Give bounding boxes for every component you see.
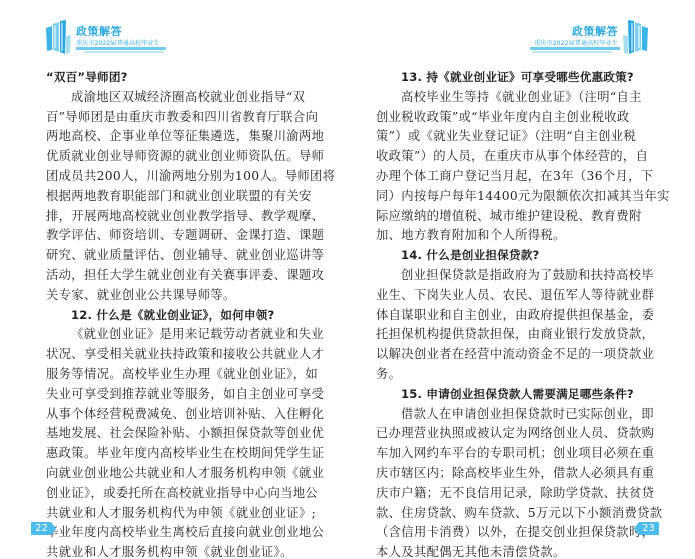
body-text-line: 服务等情况。高校毕业生办理《就业创业证》，如 — [46, 365, 306, 385]
logo-subtitle: 重庆市2022届普通高校毕业生 — [534, 38, 618, 47]
paragraph-start-line: 成渝地区双城经济圈高校就业创业指导“双 — [46, 88, 306, 108]
body-text-line: 创业证》，或委托所在高校就业指导中心向当地公 — [46, 484, 306, 504]
body-text-line: 向就业创业地公共就业和人才服务机构申领《就业 — [46, 464, 306, 484]
body-text-line: 以解决创业者在经营中流动资金不足的一项贷款业 — [376, 345, 636, 365]
building-logo-icon — [622, 20, 650, 54]
body-text-line: 办理个体工商户登记当月起，在3年（36个月，下 — [376, 167, 636, 187]
paragraph-start-line: 借款人在申请创业担保贷款时已实际创业，即 — [376, 405, 636, 425]
body-text-line: 状况、享受相关就业扶持政策和接收公共就业人才 — [46, 345, 306, 365]
logo-title: 政策解答 — [572, 23, 618, 39]
left-page: 政策解答 重庆市2022届普通高校毕业生 “双百”导师团?成渝地区双城经济圈高校… — [0, 0, 347, 559]
body-text-line: 研究、就业质量评估、创业辅导、就业创业巡讲等 — [46, 246, 306, 266]
logo-subtitle: 重庆市2022届普通高校毕业生 — [76, 38, 160, 47]
body-text-line: 庆市户籍；无不良信用记录，除助学贷款、扶贫贷 — [376, 484, 636, 504]
paragraph-start-line: 高校毕业生等持《就业创业证》（注明“自主 — [376, 88, 636, 108]
body-text-line: 已办理营业执照或被认定为网络创业人员、贷款购 — [376, 424, 636, 444]
page-number-badge: 22 — [31, 522, 56, 535]
logo-title: 政策解答 — [76, 23, 122, 39]
logo-underline — [76, 47, 166, 50]
body-text-line: 车加入网约车平台的专职司机；创业项目必须在重 — [376, 444, 636, 464]
body-text-line: 业生、下岗失业人员、农民、退伍军人等待就业群 — [376, 286, 636, 306]
question-heading: 12. 什么是《就业创业证》，如何申领? — [46, 306, 306, 326]
body-text-line: 关专家、就业创业公共课导师等。 — [46, 286, 306, 306]
page-number-badge: 23 — [634, 522, 659, 535]
body-text-line: 优质就业创业导师资源的就业创业师资队伍。导师 — [46, 147, 306, 167]
body-text-line: 毕业年度内高校毕业生离校后直接向就业创业地公 — [46, 523, 306, 543]
question-heading: “双百”导师团? — [46, 68, 306, 88]
body-text-line: 团成员共200人，川渝两地分别为100人。导师团将 — [46, 167, 306, 187]
building-logo-icon — [44, 20, 72, 54]
paragraph-start-line: 《就业创业证》是用来记载劳动者就业和失业 — [46, 325, 306, 345]
right-page-content: 13. 持《就业创业证》可享受哪些优惠政策?高校毕业生等持《就业创业证》（注明“… — [376, 68, 636, 559]
body-text-line: 惠政策。毕业年度内高校毕业生在校期间凭学生证 — [46, 444, 306, 464]
logo-underline — [530, 47, 620, 50]
body-text-line: 本人及其配偶无其他未清偿贷款。 — [376, 543, 636, 559]
logo-underline-secondary — [532, 51, 612, 53]
body-text-line: 两地高校、企事业单位等征集遴选，集聚川渝两地 — [46, 127, 306, 147]
body-text-line: 排，开展两地高校就业创业教学指导、教学观摩、 — [46, 207, 306, 227]
body-text-line: （含信用卡消费）以外，在提交创业担保贷款时， — [376, 523, 636, 543]
body-text-line: 托担保机构提供贷款担保，由商业银行发放贷款， — [376, 325, 636, 345]
body-text-line: 款、住房贷款、购车贷款、5万元以下小额消费贷款 — [376, 504, 636, 524]
body-text-line: 教学评估、师资培训、专题调研、金课打造、课题 — [46, 226, 306, 246]
question-heading: 14. 什么是创业担保贷款? — [376, 246, 636, 266]
left-page-content: “双百”导师团?成渝地区双城经济圈高校就业创业指导“双百”导师团是由重庆市教委和… — [46, 68, 306, 559]
body-text-line: 同）内按每户每年14400元为限额依次扣减其当年实 — [376, 187, 636, 207]
body-text-line: 收政策”）的人员，在重庆市从事个体经营的，自 — [376, 147, 636, 167]
body-text-line: 根据两地教育职能部门和就业创业联盟的有关安 — [46, 187, 306, 207]
body-text-line: 创业税收政策”或“毕业年度内自主创业税收政 — [376, 108, 636, 128]
body-text-line: 体自谋职业和自主创业，由政府提供担保基金，委 — [376, 306, 636, 326]
question-heading: 13. 持《就业创业证》可享受哪些优惠政策? — [376, 68, 636, 88]
body-text-line: 务。 — [376, 365, 636, 385]
body-text-line: 共就业和人才服务机构申领《就业创业证》。 — [46, 543, 306, 559]
body-text-line: 活动，担任大学生就业创业有关赛事评委、课题攻 — [46, 266, 306, 286]
body-text-line: 共就业和人才服务机构代为申领《就业创业证》; — [46, 504, 306, 524]
body-text-line: 失业可享受到推荐就业等服务，如自主创业可享受 — [46, 385, 306, 405]
logo-underline-secondary — [84, 51, 164, 53]
body-text-line: 庆市辖区内；除高校毕业生外，借款人必须具有重 — [376, 464, 636, 484]
header-logo: 政策解答 重庆市2022届普通高校毕业生 — [523, 20, 648, 56]
question-heading: 15. 申请创业担保贷款人需要满足哪些条件? — [376, 385, 636, 405]
body-text-line: 从事个体经营税费减免、创业培训补贴、入住孵化 — [46, 405, 306, 425]
paragraph-start-line: 创业担保贷款是指政府为了鼓励和扶持高校毕 — [376, 266, 636, 286]
body-text-line: 加、地方教育附加和个人所得税。 — [376, 226, 636, 246]
body-text-line: 策”）或《就业失业登记证》（注明“自主创业税 — [376, 127, 636, 147]
body-text-line: 百”导师团是由重庆市教委和四川省教育厅联合向 — [46, 108, 306, 128]
body-text-line: 基地发展、社会保险补贴、小额担保贷款等创业优 — [46, 424, 306, 444]
body-text-line: 际应缴纳的增值税、城市维护建设税、教育费附 — [376, 207, 636, 227]
header-logo: 政策解答 重庆市2022届普通高校毕业生 — [44, 20, 169, 56]
right-page: 政策解答 重庆市2022届普通高校毕业生 13. 持《就业创业证》可享受哪些优惠… — [348, 0, 695, 559]
